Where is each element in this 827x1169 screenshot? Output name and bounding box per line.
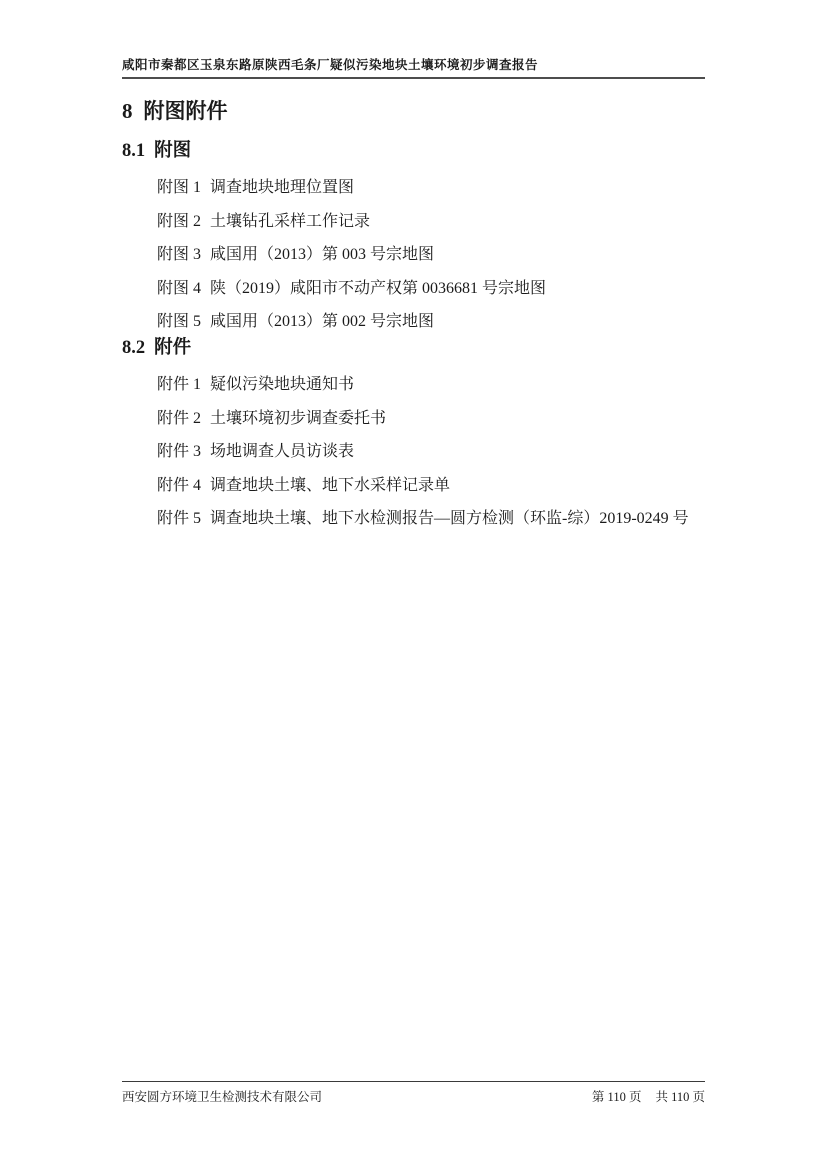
item-label: 附件 4 (157, 477, 201, 494)
item-label: 附图 1 (157, 179, 201, 196)
section-title: 附件 (154, 338, 191, 358)
section-number: 8.2 (122, 338, 145, 358)
item-text: 咸国用（2013）第 003 号宗地图 (210, 246, 434, 263)
item-text: 调查地块土壤、地下水检测报告—圆方检测（环监-综）2019-0249 号 (210, 510, 689, 527)
item-text: 陕（2019）咸阳市不动产权第 0036681 号宗地图 (210, 280, 546, 297)
page-header: 咸阳市秦都区玉泉东路原陕西毛条厂疑似污染地块土壤环境初步调查报告 (122, 57, 705, 79)
item-label: 附图 5 (157, 313, 201, 330)
chapter-heading: 8附图附件 (122, 99, 228, 124)
item-label: 附件 2 (157, 410, 201, 427)
list-item: 附图 4陕（2019）咸阳市不动产权第 0036681 号宗地图 (157, 272, 727, 306)
list-item: 附图 2土壤钻孔采样工作记录 (157, 205, 727, 239)
figure-list: 附图 1调查地块地理位置图 附图 2土壤钻孔采样工作记录 附图 3咸国用（201… (157, 171, 727, 339)
header-title: 咸阳市秦都区玉泉东路原陕西毛条厂疑似污染地块土壤环境初步调查报告 (122, 58, 538, 72)
item-label: 附图 3 (157, 246, 201, 263)
item-label: 附图 4 (157, 280, 201, 297)
item-text: 调查地块地理位置图 (210, 179, 354, 196)
list-item: 附件 4调查地块土壤、地下水采样记录单 (157, 469, 727, 503)
footer-page-info: 第 110 页共 110 页 (592, 1089, 705, 1105)
item-text: 咸国用（2013）第 002 号宗地图 (210, 313, 434, 330)
item-text: 场地调查人员访谈表 (210, 443, 354, 460)
section-title: 附图 (154, 141, 191, 161)
document-page: 咸阳市秦都区玉泉东路原陕西毛条厂疑似污染地块土壤环境初步调查报告 8附图附件 8… (0, 0, 827, 1169)
item-label: 附件 5 (157, 510, 201, 527)
footer-total-pages: 共 110 页 (655, 1090, 705, 1104)
item-text: 土壤环境初步调查委托书 (210, 410, 386, 427)
section-number: 8.1 (122, 141, 145, 161)
list-item: 附件 1疑似污染地块通知书 (157, 368, 727, 402)
page-footer: 西安圆方环境卫生检测技术有限公司 第 110 页共 110 页 (122, 1081, 705, 1105)
chapter-title: 附图附件 (144, 99, 228, 123)
footer-company: 西安圆方环境卫生检测技术有限公司 (122, 1089, 322, 1105)
section-heading-figures: 8.1附图 (122, 140, 191, 163)
item-text: 调查地块土壤、地下水采样记录单 (210, 477, 450, 494)
section-heading-appendices: 8.2附件 (122, 337, 191, 360)
item-label: 附件 3 (157, 443, 201, 460)
list-item: 附件 5调查地块土壤、地下水检测报告—圆方检测（环监-综）2019-0249 号 (157, 502, 727, 536)
list-item: 附件 3场地调查人员访谈表 (157, 435, 727, 469)
item-text: 疑似污染地块通知书 (210, 376, 354, 393)
list-item: 附图 3咸国用（2013）第 003 号宗地图 (157, 238, 727, 272)
list-item: 附件 2土壤环境初步调查委托书 (157, 402, 727, 436)
item-label: 附件 1 (157, 376, 201, 393)
item-text: 土壤钻孔采样工作记录 (210, 213, 370, 230)
chapter-number: 8 (122, 99, 133, 123)
list-item: 附图 1调查地块地理位置图 (157, 171, 727, 205)
footer-current-page: 第 110 页 (592, 1090, 642, 1104)
appendix-list: 附件 1疑似污染地块通知书 附件 2土壤环境初步调查委托书 附件 3场地调查人员… (157, 368, 727, 536)
item-label: 附图 2 (157, 213, 201, 230)
list-item: 附图 5咸国用（2013）第 002 号宗地图 (157, 305, 727, 339)
